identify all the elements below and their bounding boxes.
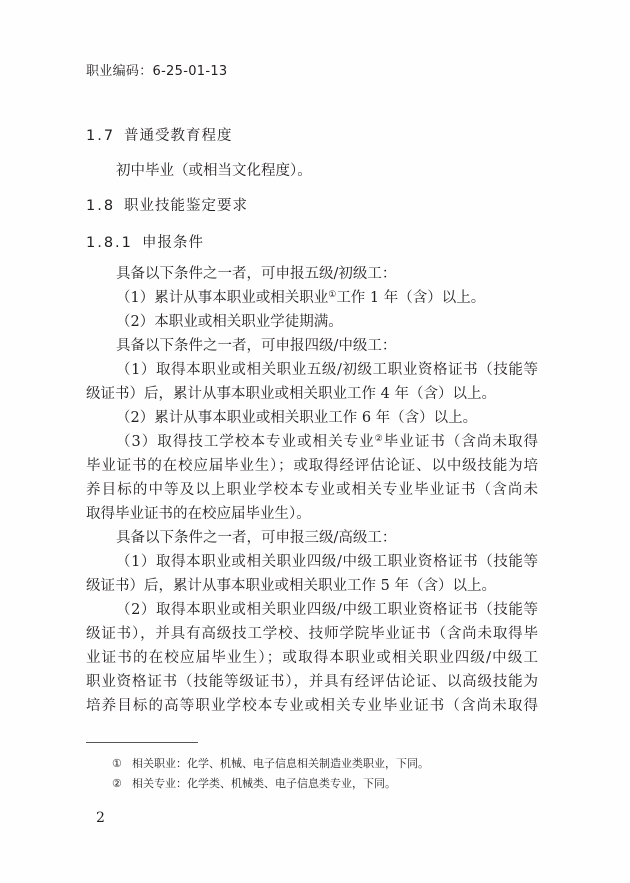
section-heading-1-7: 1.7普通受教育程度 bbox=[86, 124, 233, 145]
footnote-ref-2[interactable]: ② bbox=[375, 434, 384, 444]
text-segment: （1）累计从事本职业或相关职业 bbox=[116, 290, 328, 306]
section-number: 1.8.1 bbox=[86, 235, 142, 251]
section-heading-1-8: 1.8职业技能鉴定要求 bbox=[86, 194, 248, 215]
occupation-code-header: 职业编码：6-25-01-13 bbox=[86, 60, 227, 79]
level5-item-1: （1）累计从事本职业或相关职业①工作 1 年（含）以上。 bbox=[116, 289, 538, 307]
section-title: 职业技能鉴定要求 bbox=[124, 194, 248, 215]
section-heading-1-8-1: 1.8.1申报条件 bbox=[86, 231, 204, 252]
level3-item-2-line-5: 培养目标的高等职业学校本专业或相关专业毕业证书（含尚未取得 bbox=[86, 697, 538, 715]
section-title: 普通受教育程度 bbox=[124, 124, 233, 145]
document-page: 职业编码：6-25-01-13 1.7普通受教育程度 初中毕业（或相当文化程度）… bbox=[0, 0, 630, 883]
page-number: 2 bbox=[96, 810, 105, 826]
text-segment: 毕业证书（含尚未取得 bbox=[384, 434, 538, 450]
level4-item-3-line-4: 取得毕业证书的在校应届毕业生）。 bbox=[86, 505, 538, 523]
level4-intro: 具备以下条件之一者，可申报四级/中级工： bbox=[116, 337, 538, 355]
section-number: 1.7 bbox=[86, 128, 124, 144]
footnote-2: ②相关专业：化学类、机械类、电子信息类专业，下同。 bbox=[112, 775, 396, 791]
level3-intro: 具备以下条件之一者，可申报三级/高级工： bbox=[116, 529, 538, 547]
level3-item-2-line-1: （2）取得本职业或相关职业四级/中级工职业资格证书（技能等 bbox=[116, 601, 538, 619]
level4-item-3-line-2: 毕业证书的在校应届毕业生）；或取得经评估论证、以中级技能为培 bbox=[86, 457, 538, 475]
section-number: 1.8 bbox=[86, 198, 124, 214]
text-segment: （3）取得技工学校本专业或相关专业 bbox=[116, 434, 375, 450]
level5-item-2: （2）本职业或相关职业学徒期满。 bbox=[116, 313, 538, 331]
level3-item-1-line-2: 级证书）后，累计从事本职业或相关职业工作 5 年（含）以上。 bbox=[86, 577, 538, 595]
level4-item-1-line-2: 级证书）后，累计从事本职业或相关职业工作 4 年（含）以上。 bbox=[86, 385, 538, 403]
footnote-marker: ② bbox=[112, 777, 132, 790]
footnote-divider bbox=[86, 742, 198, 743]
text-segment: 工作 1 年（含）以上。 bbox=[336, 290, 485, 306]
level4-item-2: （2）累计从事本职业或相关职业工作 6 年（含）以上。 bbox=[116, 409, 538, 427]
footnote-1: ①相关职业：化学、机械、电子信息相关制造业类职业，下同。 bbox=[112, 755, 429, 771]
level5-intro: 具备以下条件之一者，可申报五级/初级工： bbox=[116, 265, 538, 283]
level3-item-2-line-4: 职业资格证书（技能等级证书），并具有经评估论证、以高级技能为 bbox=[86, 673, 538, 691]
level3-item-1-line-1: （1）取得本职业或相关职业四级/中级工职业资格证书（技能等 bbox=[116, 553, 538, 571]
level3-item-2-line-2: 级证书），并具有高级技工学校、技师学院毕业证书（含尚未取得毕 bbox=[86, 625, 538, 643]
footnote-marker: ① bbox=[112, 757, 132, 770]
footnote-text: 相关职业：化学、机械、电子信息相关制造业类职业，下同。 bbox=[132, 757, 429, 770]
education-level-text: 初中毕业（或相当文化程度）。 bbox=[116, 162, 538, 180]
level4-item-3-line-1: （3）取得技工学校本专业或相关专业②毕业证书（含尚未取得 bbox=[116, 433, 538, 451]
level4-item-1-line-1: （1）取得本职业或相关职业五级/初级工职业资格证书（技能等 bbox=[116, 361, 538, 379]
level3-item-2-line-3: 业证书的在校应届毕业生）；或取得本职业或相关职业四级/中级工 bbox=[86, 649, 538, 667]
level4-item-3-line-3: 养目标的中等及以上职业学校本专业或相关专业毕业证书（含尚未 bbox=[86, 481, 538, 499]
footnote-text: 相关专业：化学类、机械类、电子信息类专业，下同。 bbox=[132, 777, 396, 790]
section-title: 申报条件 bbox=[142, 231, 204, 252]
